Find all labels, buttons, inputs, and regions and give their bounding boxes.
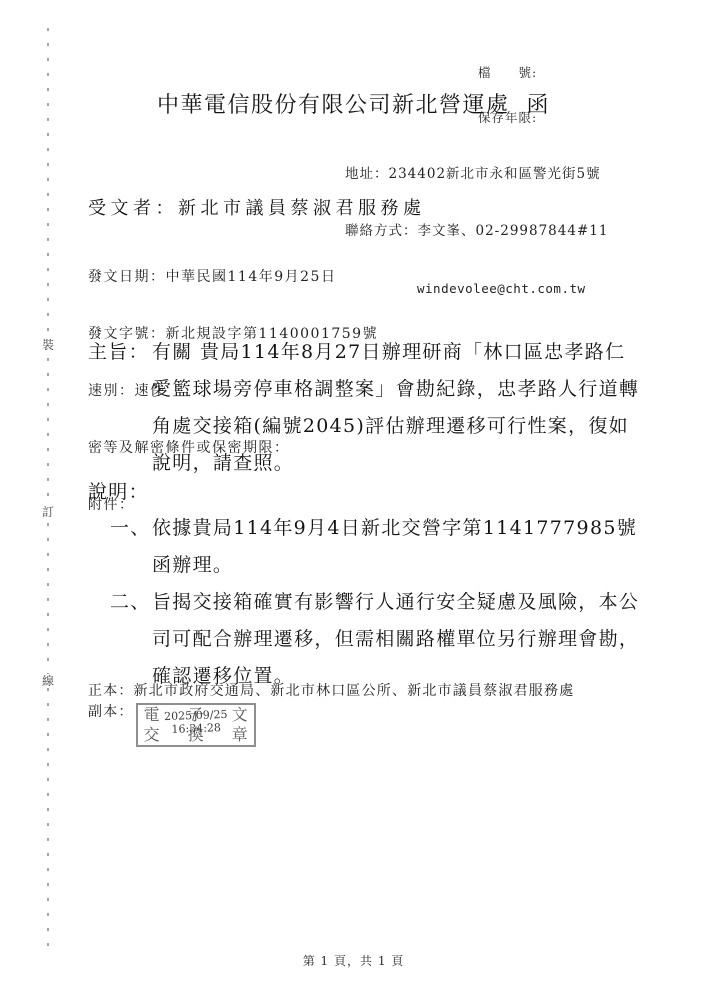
explanation-items: 一、 依據貴局114年9月4日新北交營字第1141777985號函辦理。 二、 … <box>110 510 644 695</box>
item-text: 依據貴局114年9月4日新北交營字第1141777985號函辦理。 <box>152 510 644 584</box>
electronic-exchange-stamp: 電 子 文 交 換 章 2025/09/25 16:34:28 <box>136 703 256 747</box>
explanation-item-1: 一、 依據貴局114年9月4日新北交營字第1141777985號函辦理。 <box>110 510 644 584</box>
copy-label: 副本： <box>88 703 134 722</box>
explanation-item-2: 二、 旨揭交接箱確實有影響行人通行安全疑慮及風險，本公司可配合辦理遷移，但需相關… <box>110 584 644 695</box>
distribution-block: 正本：新北市政府交通局、新北市林口區公所、新北市議員蔡淑君服務處 副本： 電 子… <box>88 682 574 747</box>
subject-text: 有關 貴局114年8月27日辦理研商「林口區忠孝路仁愛籃球場旁停車格調整案」會勘… <box>152 334 644 482</box>
sender-email: windevolee@cht.com.tw <box>345 279 608 298</box>
binding-mark-zhuang: 裝 <box>41 338 55 352</box>
document-title: 中華電信股份有限公司新北營運處 函 <box>0 88 707 119</box>
item-text: 旨揭交接箱確實有影響行人通行安全疑慮及風險，本公司可配合辦理遷移，但需相關路權單… <box>152 584 644 695</box>
sender-address: 地址：234402新北市永和區警光街5號 <box>345 165 608 184</box>
item-number: 一、 <box>110 510 152 547</box>
original-recipients-line: 正本：新北市政府交通局、新北市林口區公所、新北市議員蔡淑君服務處 <box>88 682 574 701</box>
stamp-timestamp: 2025/09/25 16:34:28 <box>137 707 254 737</box>
explanation-label: 說明： <box>88 477 149 504</box>
binding-mark-ding: 訂 <box>41 505 55 519</box>
sender-contact-block: 地址：234402新北市永和區警光街5號 聯絡方式：李文峯、02-2998784… <box>345 127 608 336</box>
page-number-footer: 第 1 頁，共 1 頁 <box>0 952 707 969</box>
file-number-label: 檔 號: <box>478 65 537 80</box>
official-letter-page: 裝 訂 線 檔 號: 保存年限: 中華電信股份有限公司新北營運處 函 地址：23… <box>0 0 707 1000</box>
recipient-line: 受文者：新北市議員蔡淑君服務處 <box>88 194 426 220</box>
subject-paragraph: 主旨： 有關 貴局114年8月27日辦理研商「林口區忠孝路仁愛籃球場旁停車格調整… <box>88 334 644 482</box>
binding-mark-xian: 線 <box>41 674 55 688</box>
item-number: 二、 <box>110 584 152 621</box>
binding-dotted-line <box>47 28 49 953</box>
issue-date-line: 發文日期：中華民國114年9月25日 <box>88 268 378 287</box>
subject-label: 主旨： <box>88 334 152 371</box>
sender-contact: 聯絡方式：李文峯、02-29987844#11 <box>345 222 608 241</box>
